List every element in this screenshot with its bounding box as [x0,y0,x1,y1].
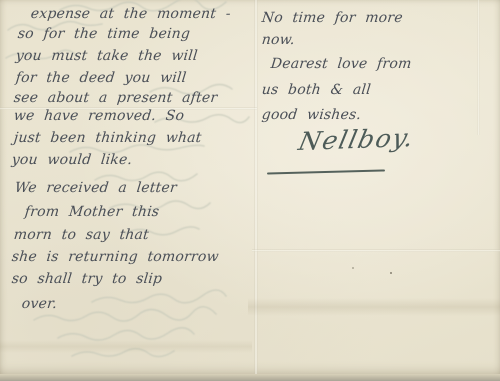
handwritten-line: good wishes. [261,107,362,123]
handwritten-line: No time for more [261,10,404,26]
letter-right-page: No time for more now. Dearest love from … [0,0,500,377]
paper-bottom-edge-shadow [0,374,500,381]
handwritten-line: us both & all [261,82,372,98]
handwritten-line: Dearest love from [270,56,412,72]
signature: Nellboy. [296,123,418,156]
letter-sheet: expense at the moment - so for the time … [0,0,500,377]
handwritten-line: now. [261,32,296,48]
signature-underline [267,169,385,174]
